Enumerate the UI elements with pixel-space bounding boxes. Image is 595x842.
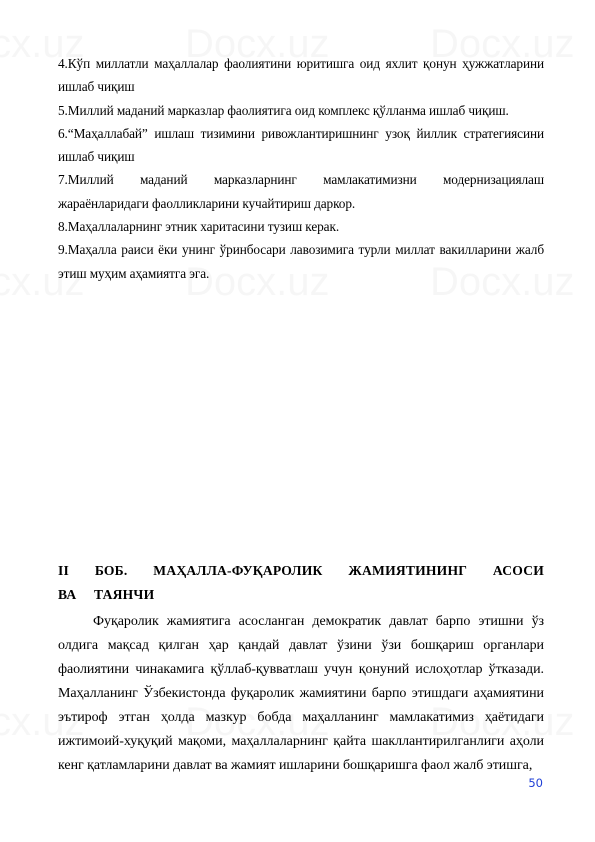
- list-item-8: 8.Маҳаллаларнинг этник харитасини тузиш …: [58, 215, 544, 238]
- document-page: Docx.uz Docx.uz Docx.uz Docx.uz Docx.uz …: [0, 0, 595, 842]
- page-content: 4.Кўп миллатли маҳаллалар фаолиятини юри…: [58, 52, 544, 778]
- body-paragraph: Фуқаролик жамиятига асосланган демократи…: [58, 610, 544, 778]
- page-number: 50: [528, 776, 543, 790]
- list-item-5: 5.Миллий маданий марказлар фаолиятига ои…: [58, 99, 544, 122]
- list-item-4: 4.Кўп миллатли маҳаллалар фаолиятини юри…: [58, 52, 544, 99]
- list-item-7: 7.Миллий маданий марказларнинг мамлакати…: [58, 168, 544, 215]
- list-item-6: 6.“Маҳаллабай” ишлаш тизимини ривожланти…: [58, 122, 544, 169]
- blank-space: [58, 285, 544, 559]
- list-item-9: 9.Маҳалла раиси ёки унинг ўринбосари лав…: [58, 238, 544, 285]
- chapter-heading: II БОБ. МАҲАЛЛА-ФУҚАРОЛИК ЖАМИЯТИНИНГ АС…: [58, 559, 544, 607]
